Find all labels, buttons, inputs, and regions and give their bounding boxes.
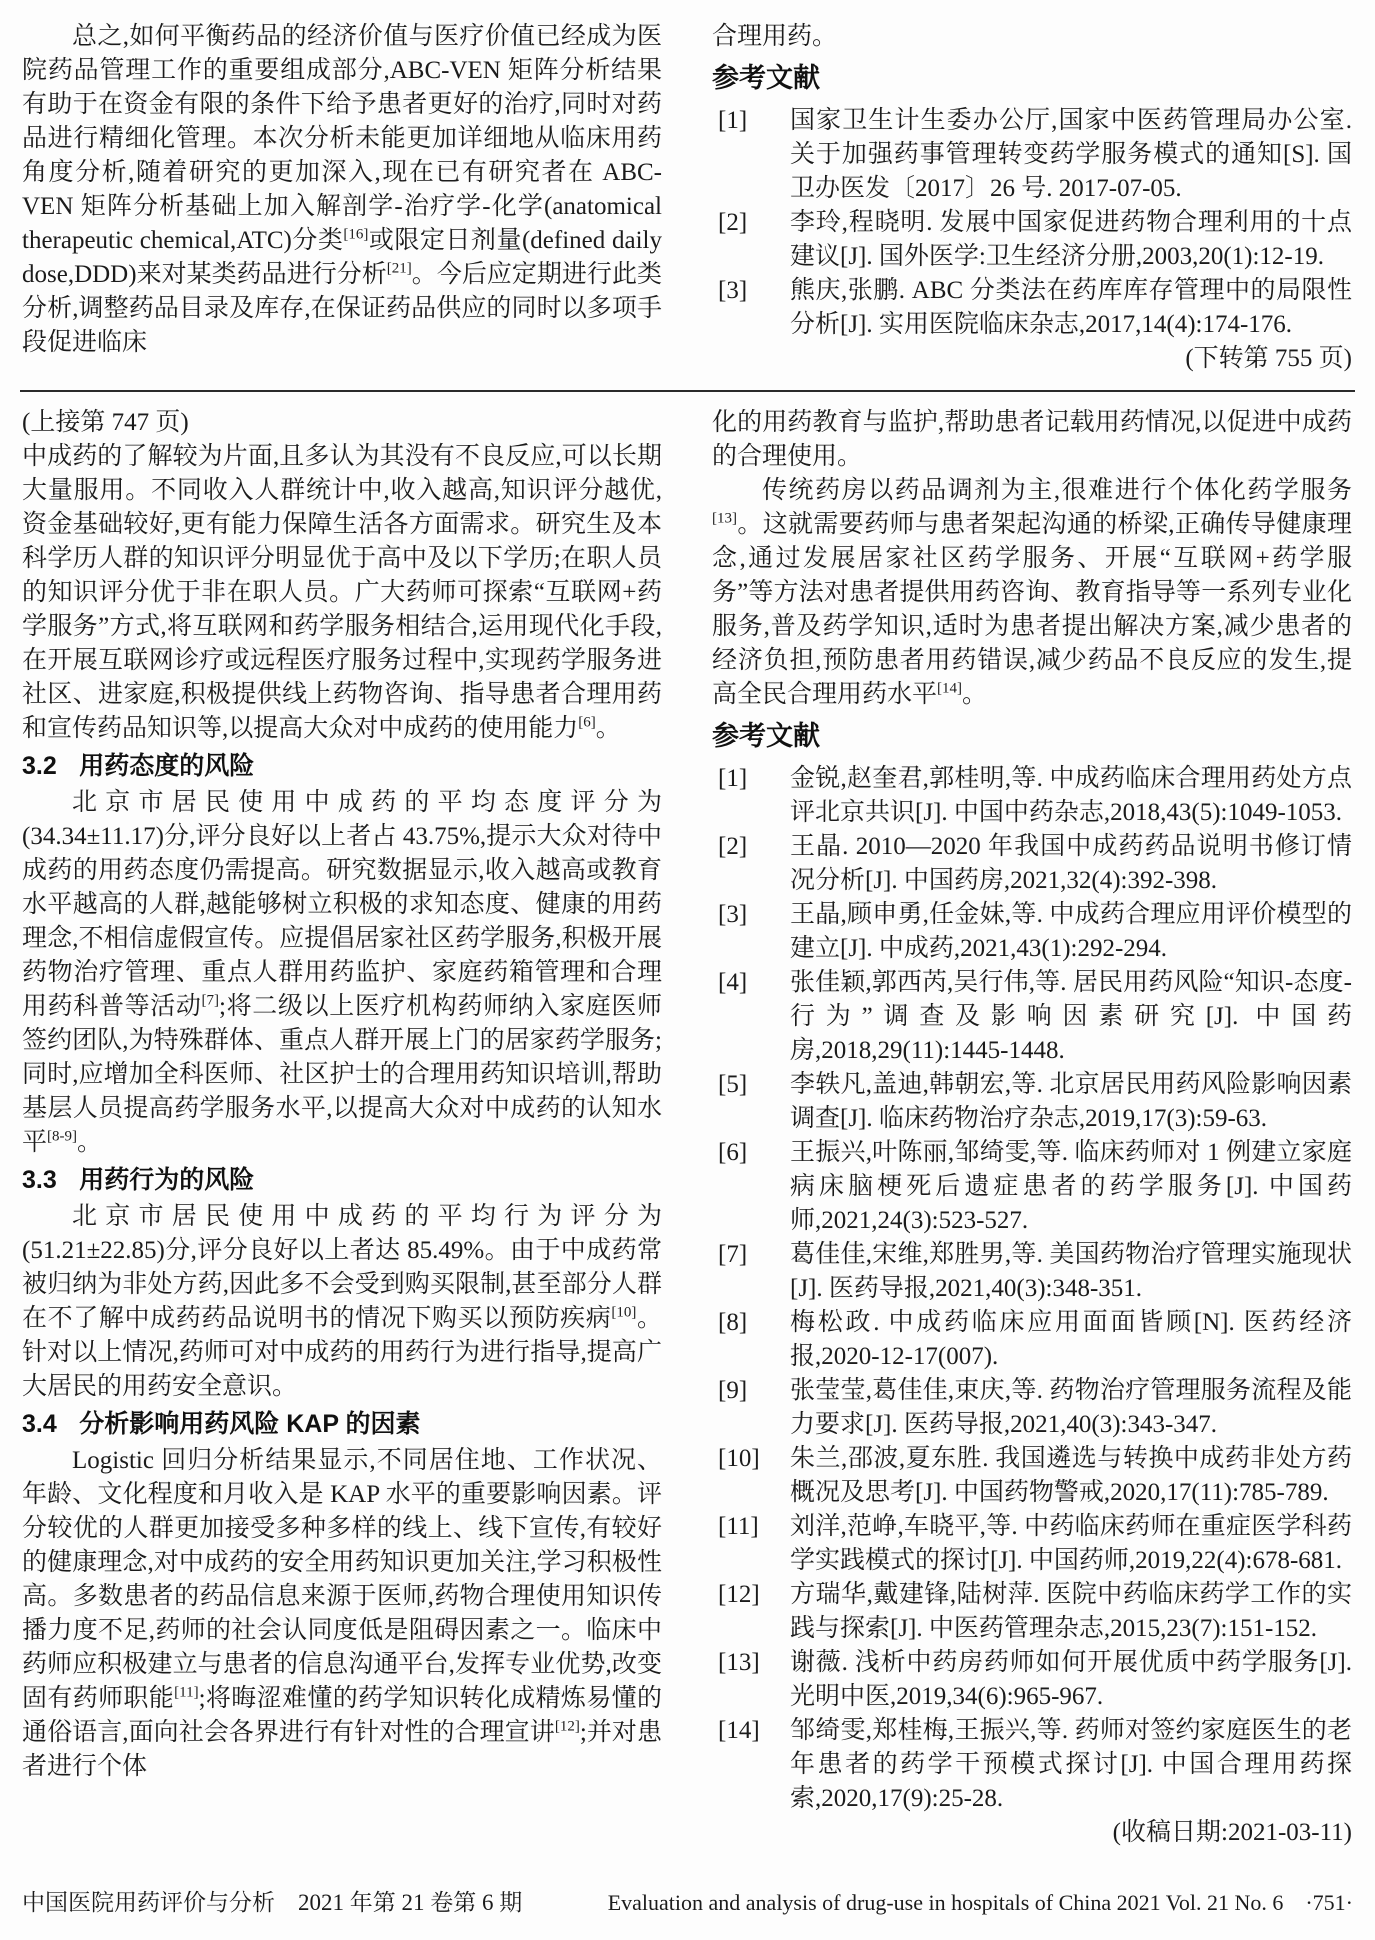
reference-item: [5] 李轶凡,盖迪,韩朝宏,等. 北京居民用药风险影响因素调查[J]. 临床药… — [712, 1068, 1352, 1136]
reference-label: [12] — [718, 1578, 760, 1612]
reference-item: [1] 金锐,赵奎君,郭桂明,等. 中成药临床合理用药处方点评北京共识[J]. … — [712, 762, 1352, 830]
reference-item: [13] 谢薇. 浅析中药房药师如何开展优质中药学服务[J]. 光明中医,201… — [712, 1646, 1352, 1714]
continued-article-section: (上接第 747 页) 中成药的了解较为片面,且多认为其没有不良反应,可以长期大… — [0, 392, 1375, 1850]
reference-text: 张莹莹,葛佳佳,束庆,等. 药物治疗管理服务流程及能力要求[J]. 医药导报,2… — [790, 1377, 1352, 1438]
reference-item: [2] 王晶. 2010—2020 年我国中成药药品说明书修订情况分析[J]. … — [712, 830, 1352, 898]
section-number: 3.4 — [22, 1410, 57, 1438]
reference-label: [3] — [718, 274, 747, 308]
reference-text: 张佳颖,郭西芮,吴行伟,等. 居民用药风险“知识-态度-行为”调查及影响因素研究… — [790, 969, 1352, 1064]
reference-label: [1] — [718, 104, 747, 138]
reference-label: [10] — [718, 1442, 760, 1476]
article-paragraph: 总之,如何平衡药品的经济价值与医疗价值已经成为医院药品管理工作的重要组成部分,A… — [22, 20, 662, 360]
reference-text: 李玲,程晓明. 发展中国家促进药物合理利用的十点建议[J]. 国外医学:卫生经济… — [790, 209, 1352, 270]
reference-label: [2] — [718, 830, 747, 864]
reference-label: [3] — [718, 898, 747, 932]
reference-label: [5] — [718, 1068, 747, 1102]
article-section: 3.3用药行为的风险 北京市居民使用中成药的平均行为评分为(51.21±22.8… — [22, 1160, 662, 1404]
section-number: 3.3 — [22, 1166, 57, 1194]
reference-item: [2] 李玲,程晓明. 发展中国家促进药物合理利用的十点建议[J]. 国外医学:… — [712, 206, 1352, 274]
reference-item: [6] 王振兴,叶陈丽,邹绮雯,等. 临床药师对 1 例建立家庭病床脑梗死后遗症… — [712, 1136, 1352, 1238]
section-title: 分析影响用药风险 KAP 的因素 — [79, 1410, 420, 1438]
reference-item: [11] 刘洋,范峥,车晓平,等. 中药临床药师在重症医学科药学实践模式的探讨[… — [712, 1510, 1352, 1578]
continued-from-note: (上接第 747 页) — [22, 406, 662, 440]
section-paragraph: 北京市居民使用中成药的平均行为评分为(51.21±22.85)分,评分良好以上者… — [22, 1200, 662, 1404]
reference-item: [10] 朱兰,邵波,夏东胜. 我国遴选与转换中成药非处方药概况及思考[J]. … — [712, 1442, 1352, 1510]
turn-page-note: (下转第 755 页) — [712, 342, 1352, 376]
section-title: 用药行为的风险 — [79, 1166, 254, 1194]
page-footer: 中国医院用药评价与分析 2021 年第 21 卷第 6 期 Evaluation… — [22, 1888, 1353, 1918]
reference-text: 邹绮雯,郑桂梅,王振兴,等. 药师对签约家庭医生的老年患者的药学干预模式探讨[J… — [790, 1717, 1352, 1812]
article-paragraph: 合理用药。 — [712, 20, 1352, 54]
reference-text: 李轶凡,盖迪,韩朝宏,等. 北京居民用药风险影响因素调查[J]. 临床药物治疗杂… — [790, 1071, 1352, 1132]
reference-item: [3] 熊庆,张鹏. ABC 分类法在药库库存管理中的局限性分析[J]. 实用医… — [712, 274, 1352, 342]
references-list: [1] 国家卫生计生委办公厅,国家中医药管理局办公室. 关于加强药事管理转变药学… — [712, 104, 1352, 342]
section-paragraph: Logistic 回归分析结果显示,不同居住地、工作状况、年龄、文化程度和月收入… — [22, 1444, 662, 1784]
reference-label: [11] — [718, 1510, 759, 1544]
reference-item: [9] 张莹莹,葛佳佳,束庆,等. 药物治疗管理服务流程及能力要求[J]. 医药… — [712, 1374, 1352, 1442]
article-section: 3.2用药态度的风险 北京市居民使用中成药的平均态度评分为(34.34±11.1… — [22, 746, 662, 1160]
section-number: 3.2 — [22, 752, 57, 780]
reference-label: [1] — [718, 762, 747, 796]
reference-text: 朱兰,邵波,夏东胜. 我国遴选与转换中成药非处方药概况及思考[J]. 中国药物警… — [790, 1445, 1352, 1506]
references-heading: 参考文献 — [712, 57, 1352, 99]
reference-text: 刘洋,范峥,车晓平,等. 中药临床药师在重症医学科药学实践模式的探讨[J]. 中… — [790, 1513, 1352, 1574]
reference-item: [3] 王晶,顾申勇,任金妹,等. 中成药合理应用评价模型的建立[J]. 中成药… — [712, 898, 1352, 966]
reference-label: [8] — [718, 1306, 747, 1340]
section-paragraph: 北京市居民使用中成药的平均态度评分为(34.34±11.17)分,评分良好以上者… — [22, 786, 662, 1160]
section-title: 用药态度的风险 — [79, 752, 254, 780]
reference-item: [14] 邹绮雯,郑桂梅,王振兴,等. 药师对签约家庭医生的老年患者的药学干预模… — [712, 1714, 1352, 1816]
reference-text: 国家卫生计生委办公厅,国家中医药管理局办公室. 关于加强药事管理转变药学服务模式… — [790, 107, 1352, 202]
top-article-section: 总之,如何平衡药品的经济价值与医疗价值已经成为医院药品管理工作的重要组成部分,A… — [0, 0, 1375, 376]
footer-page-info: Evaluation and analysis of drug-use in h… — [608, 1888, 1353, 1918]
reference-text: 王振兴,叶陈丽,邹绮雯,等. 临床药师对 1 例建立家庭病床脑梗死后遗症患者的药… — [790, 1139, 1352, 1234]
references-heading: 参考文献 — [712, 715, 1352, 757]
bottom-left-column: (上接第 747 页) 中成药的了解较为片面,且多认为其没有不良反应,可以长期大… — [22, 406, 662, 1850]
reference-item: [8] 梅松政. 中成药临床应用面面皆顾[N]. 医药经济报,2020-12-1… — [712, 1306, 1352, 1374]
article-section: 3.4分析影响用药风险 KAP 的因素 Logistic 回归分析结果显示,不同… — [22, 1404, 662, 1784]
reference-label: [4] — [718, 966, 747, 1000]
section-heading: 3.3用药行为的风险 — [22, 1160, 662, 1200]
section-heading: 3.4分析影响用药风险 KAP 的因素 — [22, 1404, 662, 1444]
reference-text: 熊庆,张鹏. ABC 分类法在药库库存管理中的局限性分析[J]. 实用医院临床杂… — [790, 277, 1352, 338]
article-paragraph: 化的用药教育与监护,帮助患者记载用药情况,以促进中成药的合理使用。 — [712, 406, 1352, 474]
reference-text: 方瑞华,戴建锋,陆树萍. 医院中药临床药学工作的实践与探索[J]. 中医药管理杂… — [790, 1581, 1352, 1642]
received-date-note: (收稿日期:2021-03-11) — [712, 1816, 1352, 1850]
references-list: [1] 金锐,赵奎君,郭桂明,等. 中成药临床合理用药处方点评北京共识[J]. … — [712, 762, 1352, 1816]
reference-label: [13] — [718, 1646, 760, 1680]
top-right-column: 合理用药。 参考文献 [1] 国家卫生计生委办公厅,国家中医药管理局办公室. 关… — [712, 20, 1352, 376]
footer-journal-title: 中国医院用药评价与分析 2021 年第 21 卷第 6 期 — [22, 1888, 522, 1918]
reference-text: 金锐,赵奎君,郭桂明,等. 中成药临床合理用药处方点评北京共识[J]. 中国中药… — [790, 765, 1352, 826]
reference-item: [4] 张佳颖,郭西芮,吴行伟,等. 居民用药风险“知识-态度-行为”调查及影响… — [712, 966, 1352, 1068]
reference-text: 葛佳佳,宋维,郑胜男,等. 美国药物治疗管理实施现状[J]. 医药导报,2021… — [790, 1241, 1352, 1302]
reference-label: [2] — [718, 206, 747, 240]
reference-text: 王晶. 2010—2020 年我国中成药药品说明书修订情况分析[J]. 中国药房… — [790, 833, 1352, 894]
top-left-column: 总之,如何平衡药品的经济价值与医疗价值已经成为医院药品管理工作的重要组成部分,A… — [22, 20, 662, 376]
reference-item: [7] 葛佳佳,宋维,郑胜男,等. 美国药物治疗管理实施现状[J]. 医药导报,… — [712, 1238, 1352, 1306]
article-sections: 3.2用药态度的风险 北京市居民使用中成药的平均态度评分为(34.34±11.1… — [22, 746, 662, 1784]
article-paragraph: 传统药房以药品调剂为主,很难进行个体化药学服务[13]。这就需要药师与患者架起沟… — [712, 474, 1352, 712]
reference-text: 王晶,顾申勇,任金妹,等. 中成药合理应用评价模型的建立[J]. 中成药,202… — [790, 901, 1352, 962]
reference-text: 梅松政. 中成药临床应用面面皆顾[N]. 医药经济报,2020-12-17(00… — [790, 1309, 1352, 1370]
reference-label: [7] — [718, 1238, 747, 1272]
reference-label: [9] — [718, 1374, 747, 1408]
reference-item: [12] 方瑞华,戴建锋,陆树萍. 医院中药临床药学工作的实践与探索[J]. 中… — [712, 1578, 1352, 1646]
reference-item: [1] 国家卫生计生委办公厅,国家中医药管理局办公室. 关于加强药事管理转变药学… — [712, 104, 1352, 206]
journal-page: 总之,如何平衡药品的经济价值与医疗价值已经成为医院药品管理工作的重要组成部分,A… — [0, 0, 1375, 1940]
reference-text: 谢薇. 浅析中药房药师如何开展优质中药学服务[J]. 光明中医,2019,34(… — [790, 1649, 1352, 1710]
reference-label: [6] — [718, 1136, 747, 1170]
article-paragraph: 中成药的了解较为片面,且多认为其没有不良反应,可以长期大量服用。不同收入人群统计… — [22, 440, 662, 746]
reference-label: [14] — [718, 1714, 760, 1748]
section-heading: 3.2用药态度的风险 — [22, 746, 662, 786]
bottom-right-column: 化的用药教育与监护,帮助患者记载用药情况,以促进中成药的合理使用。 传统药房以药… — [712, 406, 1352, 1850]
